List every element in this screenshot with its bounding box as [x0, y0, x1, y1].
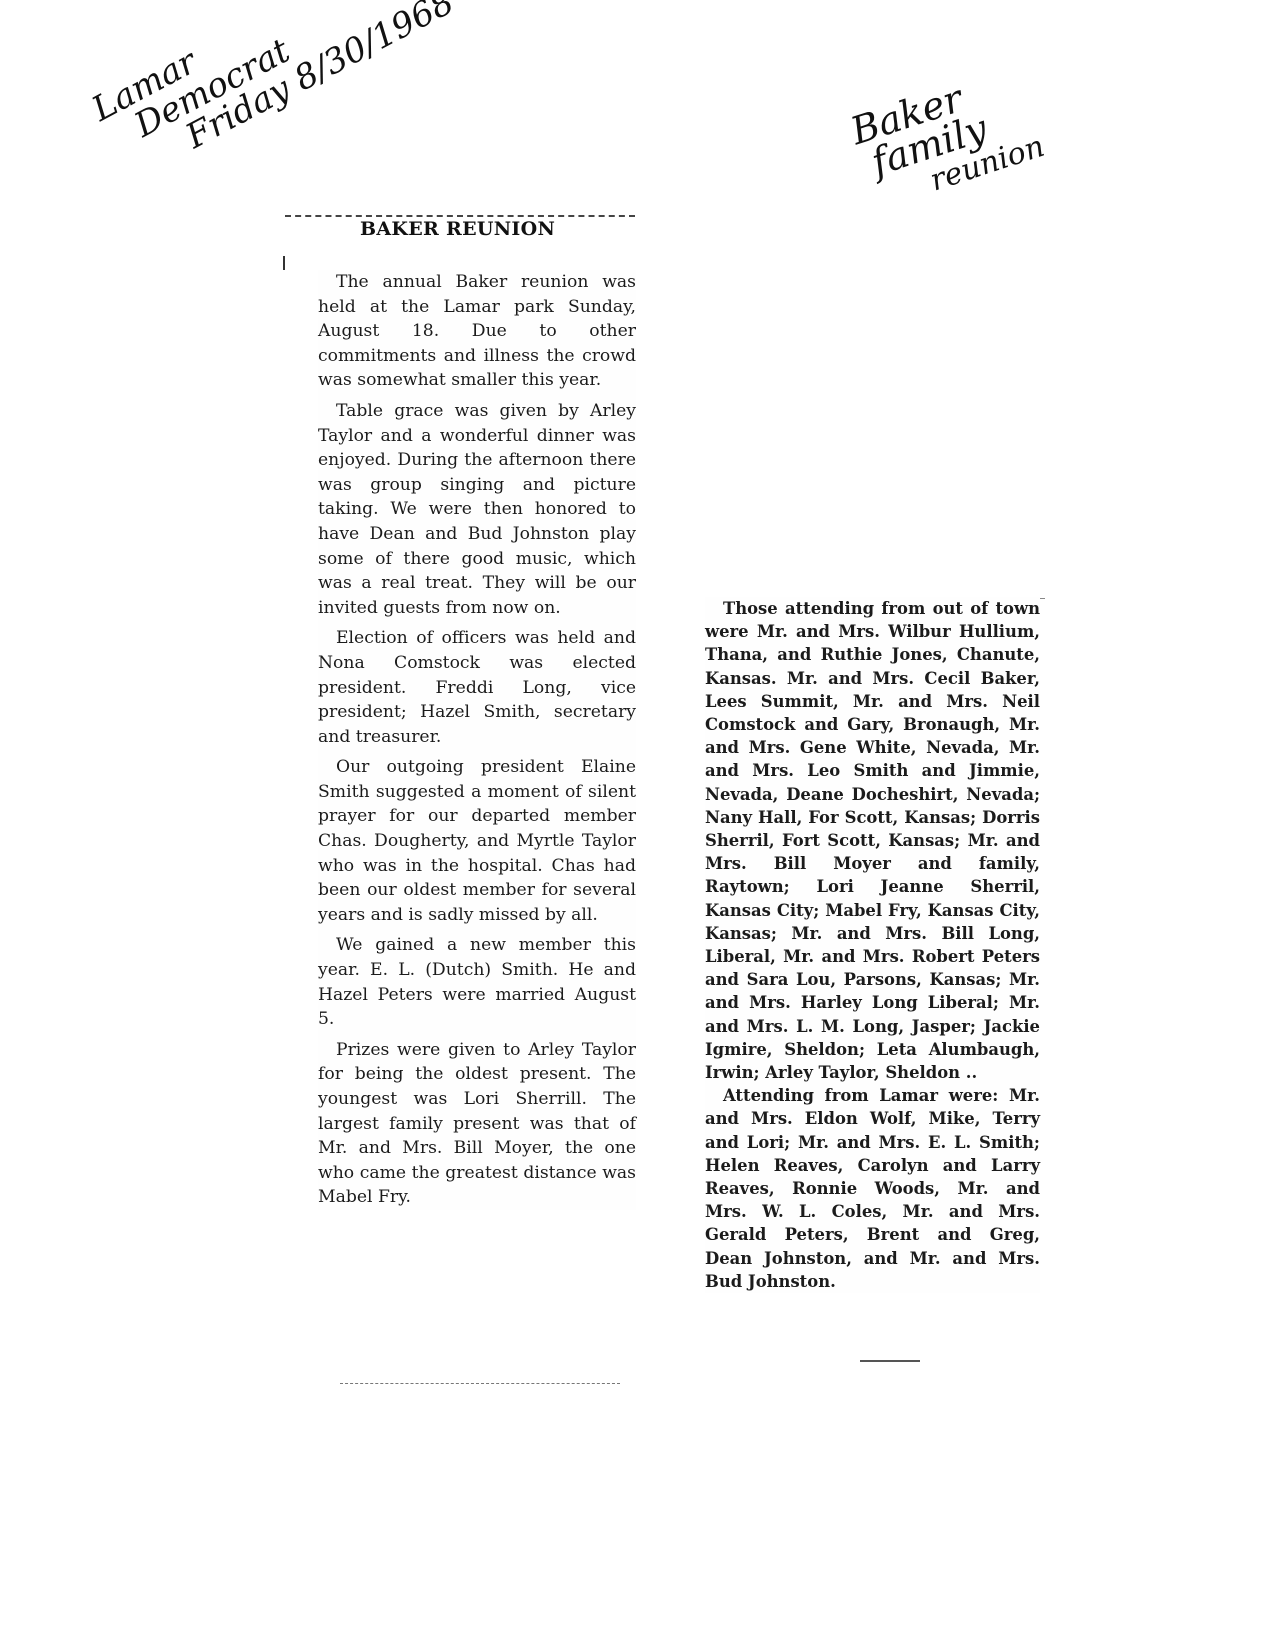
handwritten-topic-note: Baker family reunion [847, 60, 1049, 218]
clipping-bottom-rule [340, 1383, 620, 1384]
article-left-column: The annual Baker reunion was held at the… [318, 270, 636, 1210]
article-paragraph: Those attending from out of town were Mr… [705, 597, 1040, 1084]
article-paragraph: Table grace was given by Arley Taylor an… [318, 399, 636, 620]
article-headline: BAKER REUNION [360, 218, 580, 240]
article-paragraph: The annual Baker reunion was held at the… [318, 270, 636, 393]
article-paragraph: Election of officers was held and Nona C… [318, 626, 636, 749]
article-right-column: Those attending from out of town were Mr… [705, 597, 1040, 1293]
article-paragraph: Our outgoing president Elaine Smith sugg… [318, 755, 636, 927]
clipping-mark [283, 256, 285, 270]
clipping-end-rule [860, 1360, 920, 1362]
handwritten-source-note: Lamar Democrat Friday 8/30/1968 [87, 0, 459, 187]
article-paragraph: Attending from Lamar were: Mr. and Mrs. … [705, 1084, 1040, 1293]
clipping-top-rule [285, 215, 635, 217]
article-paragraph: Prizes were given to Arley Taylor for be… [318, 1038, 636, 1210]
article-paragraph: We gained a new member this year. E. L. … [318, 933, 636, 1031]
